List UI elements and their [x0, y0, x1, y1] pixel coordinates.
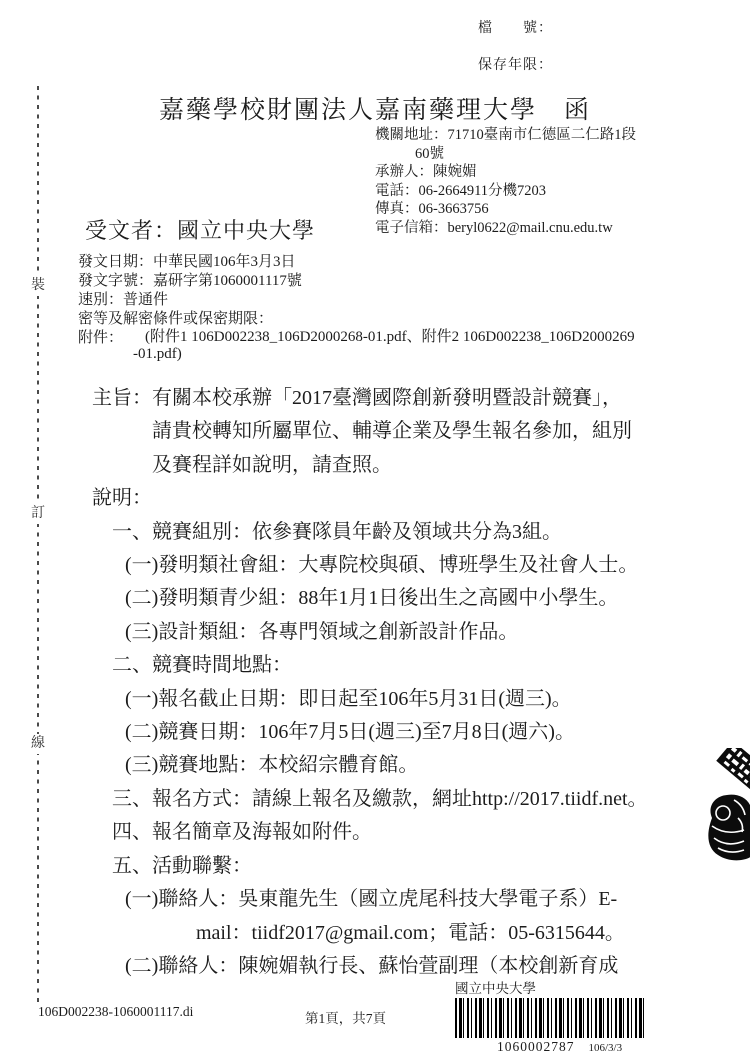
meta-block: 發文日期：中華民國106年3月3日 發文字號：嘉研字第1060001117號 速… — [78, 253, 635, 363]
attachment-line2: -01.pdf) — [133, 346, 635, 363]
body-line: 及賽程詳如說明，請查照。 — [92, 449, 732, 482]
recipient-line: 受文者：國立中央大學 — [85, 214, 315, 245]
sender-address-line1: 機關地址：71710臺南市仁德區二仁路1段 — [375, 126, 636, 145]
body-line: (一)聯絡人：吳東龍先生（國立虎尾科技大學電子系）E- — [92, 883, 732, 916]
meta-speed-class: 速別：普通件 — [78, 291, 635, 310]
binding-mark-ding: 訂 — [30, 504, 46, 524]
barcode-block: 國立中央大學 1060002787 106/3/3 — [455, 980, 650, 1055]
meta-security-class: 密等及解密條件或保密期限： — [78, 310, 635, 329]
attachment-line1: (附件1 106D002238_106D2000268-01.pdf、附件2 1… — [145, 329, 635, 346]
body-line: (一)報名截止日期：即日起至106年5月31日(週三)。 — [92, 683, 732, 716]
body-line: 請貴校轉知所屬單位、輔導企業及學生報名參加，組別 — [92, 415, 732, 448]
body-line: 說明： — [92, 482, 732, 515]
footer-page-number: 第1頁，共7頁 — [305, 1007, 386, 1027]
body-line: 一、競賽組別：依參賽隊員年齡及領域共分為3組。 — [92, 516, 732, 549]
retention-period-label: 保存年限： — [478, 47, 553, 84]
meta-attachment: 附件： (附件1 106D002238_106D2000268-01.pdf、附… — [78, 329, 635, 363]
body-line: (二)發明類青少組：88年1月1日後出生之高國中小學生。 — [92, 582, 732, 615]
binding-dotted-line — [37, 86, 39, 1002]
binding-mark-xian: 線 — [30, 734, 46, 754]
body-line: mail：tiidf2017@gmail.com；電話：05-6315644。 — [92, 917, 732, 950]
barcode-number: 1060002787 — [497, 1039, 575, 1055]
file-number-label: 檔 號： — [478, 10, 553, 47]
body-line: 五、活動聯繫： — [92, 850, 732, 883]
footer-doc-id: 106D002238-1060001117.di — [38, 1004, 193, 1020]
barcode-date: 106/3/3 — [589, 1042, 623, 1054]
body-line: (二)聯絡人：陳婉媚執行長、蘇怡萱副理（本校創新育成 — [92, 950, 732, 983]
sender-contact-person: 承辦人：陳婉媚 — [375, 163, 636, 182]
body-line: 三、報名方式：請線上報名及繳款，網址http://2017.tiidf.net。 — [92, 783, 732, 816]
document-title: 嘉藥學校財團法人嘉南藥理大學 函 — [0, 90, 750, 126]
barcode-icon — [455, 998, 645, 1038]
body-line: 主旨：有關本校承辦「2017臺灣國際創新發明暨設計競賽」， — [92, 382, 732, 415]
body-line: 四、報名簡章及海報如附件。 — [92, 816, 732, 849]
body-line: 二、競賽時間地點： — [92, 649, 732, 682]
sender-email: 電子信箱：beryl0622@mail.cnu.edu.tw — [375, 219, 636, 238]
body-line: (三)競賽地點：本校紹宗體育館。 — [92, 749, 732, 782]
body-line: (三)設計類組：各專門領域之創新設計作品。 — [92, 616, 732, 649]
file-number-block: 檔 號： 保存年限： — [478, 10, 553, 84]
body-line: (一)發明類社會組：大專院校與碩、博班學生及社會人士。 — [92, 549, 732, 582]
body-text-block: 主旨：有關本校承辦「2017臺灣國際創新發明暨設計競賽」，請貴校轉知所屬單位、輔… — [92, 382, 732, 983]
stamp-seal-icon — [702, 748, 750, 862]
body-line: (二)競賽日期：106年7月5日(週三)至7月8日(週六)。 — [92, 716, 732, 749]
sender-phone: 電話：06-2664911分機7203 — [375, 182, 636, 201]
meta-issue-date: 發文日期：中華民國106年3月3日 — [78, 253, 635, 272]
meta-doc-number: 發文字號：嘉研字第1060001117號 — [78, 272, 635, 291]
sender-info-block: 機關地址：71710臺南市仁德區二仁路1段 60號 承辦人：陳婉媚 電話：06-… — [375, 126, 636, 237]
binding-mark-zhuang: 裝 — [30, 276, 46, 296]
sender-address-line2: 60號 — [415, 145, 636, 164]
barcode-numbers: 1060002787 106/3/3 — [455, 1039, 650, 1055]
attachment-value: (附件1 106D002238_106D2000268-01.pdf、附件2 1… — [145, 329, 635, 363]
barcode-org-label: 國立中央大學 — [455, 980, 650, 997]
sender-fax: 傳真：06-3663756 — [375, 200, 636, 219]
official-document-page: 檔 號： 保存年限： 嘉藥學校財團法人嘉南藥理大學 函 機關地址：71710臺南… — [0, 0, 750, 1061]
